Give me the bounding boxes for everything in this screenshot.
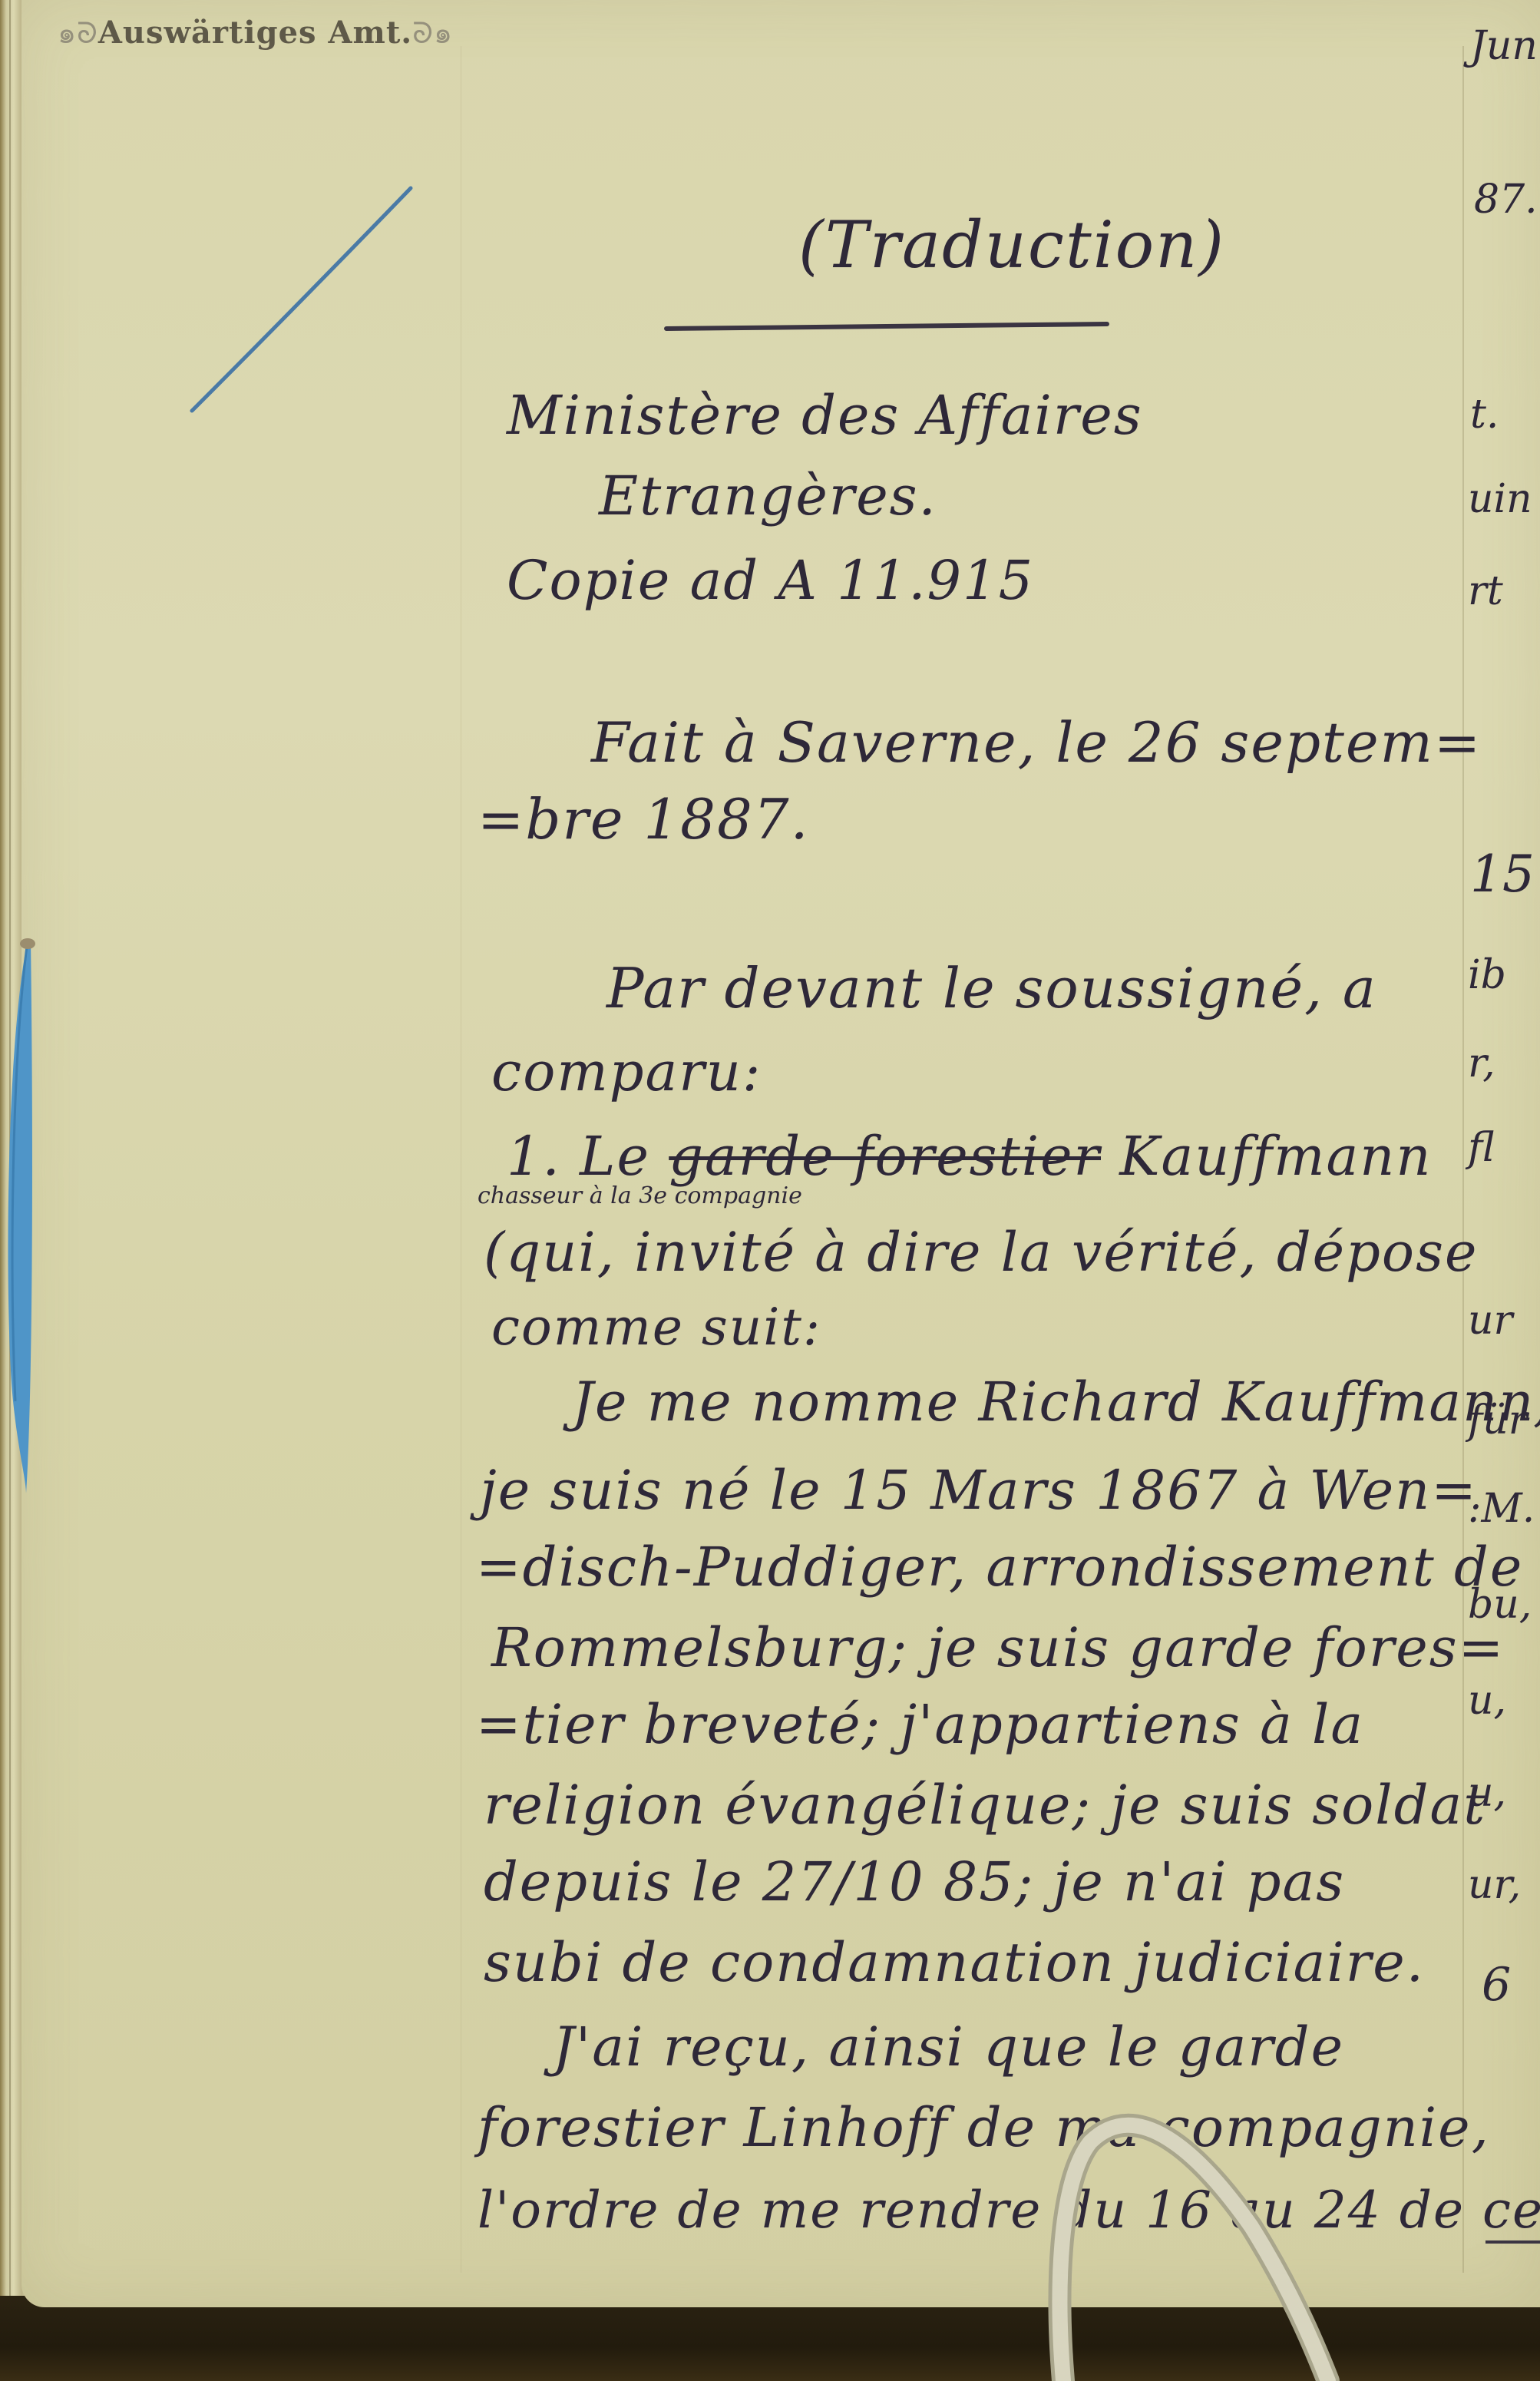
margin-fragment: fl <box>1468 1125 1495 1171</box>
margin-fragment: ur <box>1468 1298 1512 1344</box>
margin-fragment: t. <box>1470 392 1499 438</box>
margin-rule <box>461 46 461 2273</box>
margin-fragment: ur, <box>1468 1862 1521 1908</box>
deposition-line: =tier breveté; j'appartiens à la <box>476 1693 1364 1756</box>
margin-fragment: rt <box>1468 568 1503 614</box>
blue-ribbon-binding <box>5 941 32 1493</box>
ministry-line-2: Etrangères. <box>599 465 937 527</box>
struck-text: garde forestier <box>669 1125 1101 1188</box>
witness-name: Kauffmann <box>1119 1125 1432 1188</box>
deposition-line: =disch-Puddiger, arrondissement de <box>476 1536 1523 1599</box>
margin-rule-line <box>1485 2240 1540 2244</box>
margin-fragment: u, <box>1468 1770 1506 1816</box>
deposition-line: J'ai reçu, ainsi que le garde <box>553 2016 1344 2078</box>
deposition-line: l'ordre de me rendre du 16 au 24 de ce <box>478 2181 1540 2240</box>
margin-fragment: :M. <box>1468 1486 1535 1532</box>
deposition-line: forestier Linhoff de ma compagnie, <box>478 2096 1490 2159</box>
margin-fragment: ib <box>1468 952 1506 998</box>
place-date-line-2: =bre 1887. <box>478 787 809 852</box>
margin-fragment: uin <box>1468 476 1532 522</box>
margin-fragment: 15 <box>1470 845 1535 904</box>
ministry-line-1: Ministère des Affaires <box>507 384 1143 447</box>
item-1-line: 1. Le garde forestier Kauffmann <box>507 1125 1432 1188</box>
inserted-correction: chasseur à la 3e compagnie <box>478 1182 802 1209</box>
margin-fragment: für <box>1468 1397 1528 1443</box>
deposition-line: je suis né le 15 Mars 1867 à Wen= <box>480 1459 1478 1522</box>
margin-fragment: Jun <box>1470 23 1538 69</box>
margin-fragment: r, <box>1468 1040 1495 1086</box>
margin-fragment: 87. <box>1474 177 1538 223</box>
item-1-continuation: (qui, invité à dire la vérité, dépose <box>484 1221 1478 1284</box>
margin-fragment: bu, <box>1468 1582 1532 1628</box>
margin-fragment: 6 <box>1482 1958 1511 2012</box>
ornament-icon: ᘐ๑ <box>412 16 453 50</box>
margin-fragment: u, <box>1468 1678 1506 1724</box>
ornament-icon: ๑ᘐ <box>58 16 98 50</box>
table-surface <box>0 2296 1540 2381</box>
item-1-end: comme suit: <box>491 1298 821 1357</box>
intro-line-2: comparu: <box>491 1040 762 1103</box>
deposition-line: depuis le 27/10 85; je n'ai pas <box>484 1850 1345 1913</box>
blue-pencil-slash-icon <box>184 180 422 418</box>
deposition-line: Rommelsburg; je suis garde fores= <box>491 1616 1505 1679</box>
item-prefix: 1. Le <box>507 1125 650 1188</box>
copy-reference: Copie ad A 11.915 <box>507 549 1034 612</box>
deposition-line: religion évangélique; je suis soldat <box>484 1774 1486 1837</box>
right-fold-line <box>1462 46 1464 2273</box>
letterhead: ๑ᘐAuswärtiges Amt.ᘐ๑ <box>58 9 453 56</box>
ribbon-knot <box>20 938 35 949</box>
document-title: (Traduction) <box>798 207 1225 283</box>
document-photo: ๑ᘐAuswärtiges Amt.ᘐ๑ (Traduction) Minist… <box>0 0 1540 2381</box>
place-date-line-1: Fait à Saverne, le 26 septem= <box>591 710 1482 775</box>
intro-line-1: Par devant le soussigné, a <box>606 956 1377 1020</box>
deposition-line: subi de condamnation judiciaire. <box>484 1931 1425 1994</box>
deposition-line: Je me nomme Richard Kauffmann; <box>572 1371 1540 1434</box>
letterhead-text: Auswärtiges Amt. <box>98 15 412 51</box>
